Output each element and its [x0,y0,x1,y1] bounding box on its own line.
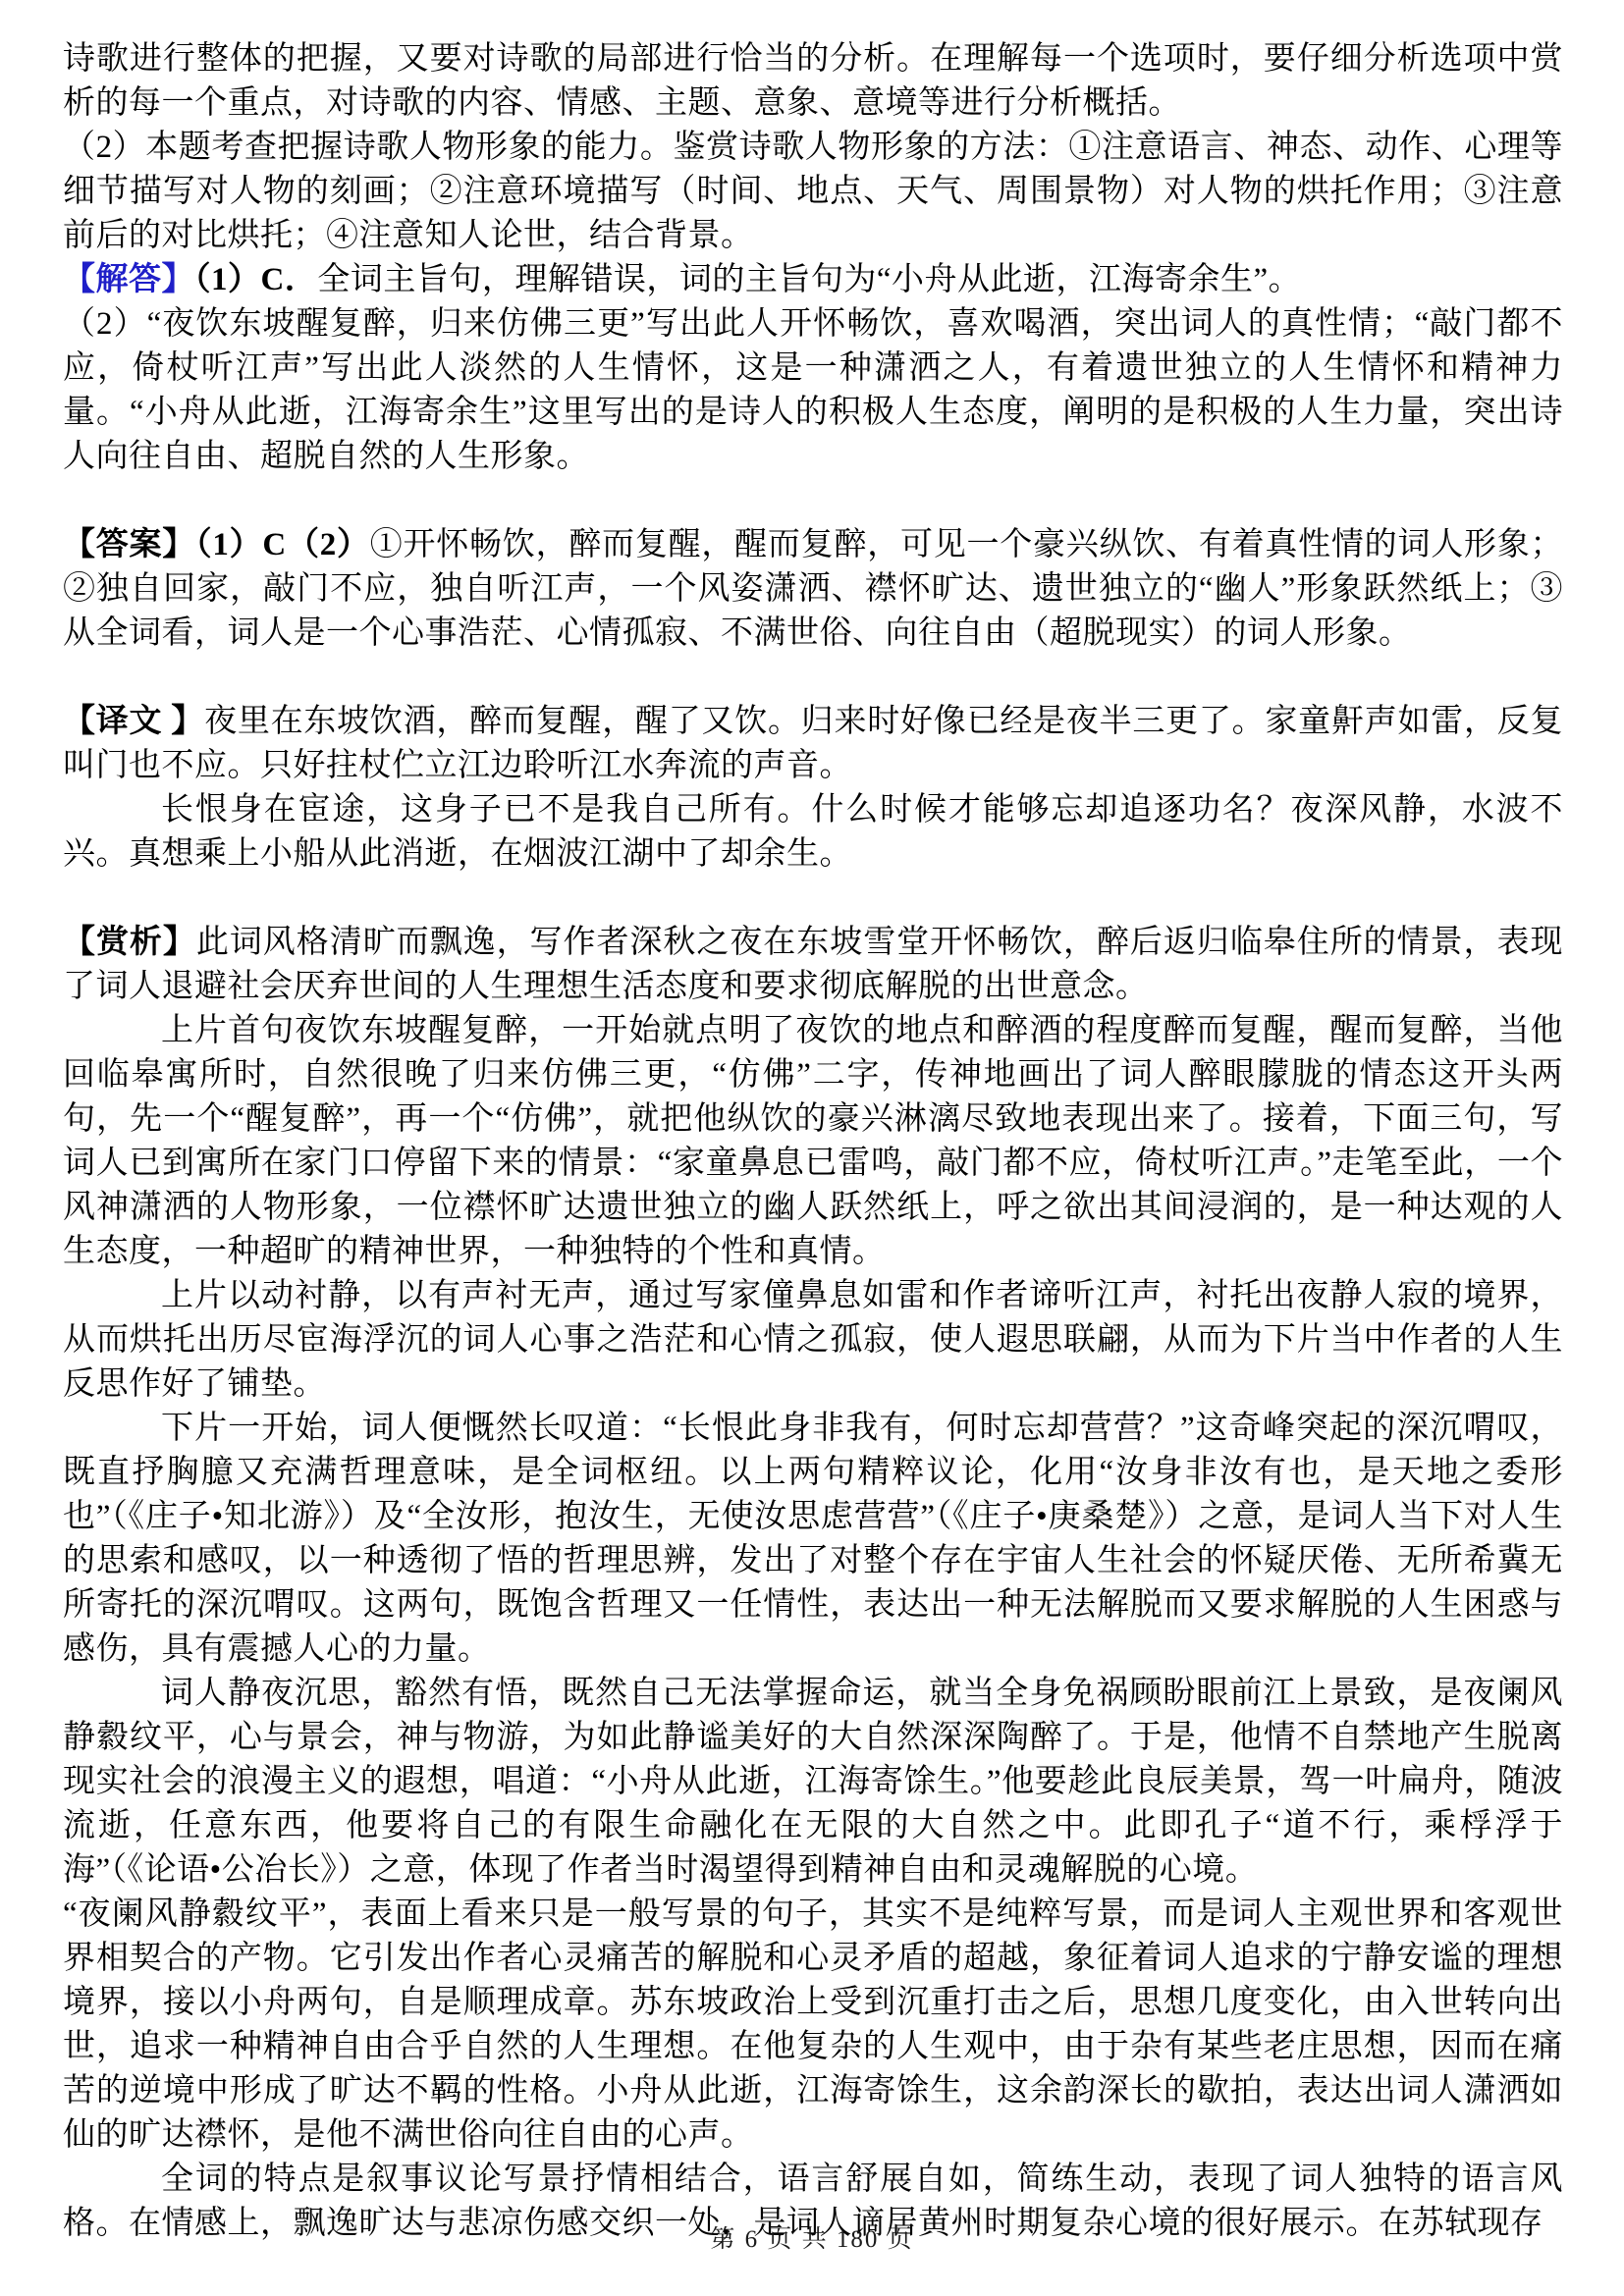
daan-answer-lead: （1）C（2） [195,527,370,562]
paragraph-method-2: （2）本题考查把握诗歌人物形象的能力。鉴赏诗歌人物形象的方法：①注意语言、神态、… [63,126,1563,258]
page-content: 诗歌进行整体的把握，又要对诗歌的局部进行恰当的分析。在理解每一个选项时，要仔细分… [63,37,1563,2246]
paragraph-shangxi-1: 【赏析】此词风格清旷而飘逸，写作者深秋之夜在东坡雪堂开怀畅饮，醉后返归临皋住所的… [63,921,1563,1009]
paragraph-text: 词人静夜沉思，豁然有悟，既然自己无法掌握命运，就当全身免祸顾盼眼前江上景致，是夜… [63,1676,1563,1888]
paragraph-text: 长恨身在宦途，这身子已不是我自己所有。什么时候才能够忘却追逐功名？夜深风静，水波… [63,792,1563,872]
paragraph-text: 下片一开始，词人便慨然长叹道：“长恨此身非我有，何时忘却营营？”这奇峰突起的深沉… [63,1411,1563,1667]
page-number: 第 6 页 共 180 页 [0,2219,1624,2255]
paragraph-shangxi-3: 上片以动衬静，以有声衬无声，通过写家僮鼻息如雷和作者谛听江声，衬托出夜静人寂的境… [63,1274,1563,1407]
paragraph-shangxi-6: “夜阑风静縠纹平”，表面上看来只是一般写景的句子，其实不是纯粹写景，而是词人主观… [63,1893,1563,2158]
paragraph-text: 夜里在东坡饮酒，醉而复醒，醒了又饮。归来时好像已经是夜半三更了。家童鼾声如雷，反… [63,704,1563,783]
jieda-section-label: 【解答】 [63,262,194,297]
yiwen-section-label: 【译文 】 [63,704,204,739]
paragraph-daan: 【答案】（1）C（2）①开怀畅饮，醉而复醒，醒而复醉，可见一个豪兴纵饮、有着真性… [63,523,1563,656]
daan-section-label: 【答案】 [63,527,195,562]
jieda-answer-lead: （1）C． [194,262,317,297]
paragraph-text: 上片首句夜饮东坡醒复醉，一开始就点明了夜饮的地点和醉酒的程度醉而复醒，醒而复醉，… [63,1013,1563,1269]
paragraph-shangxi-5: 词人静夜沉思，豁然有悟，既然自己无法掌握命运，就当全身免祸顾盼眼前江上景致，是夜… [63,1672,1563,1893]
paragraph-text: “夜阑风静縠纹平”，表面上看来只是一般写景的句子，其实不是纯粹写景，而是词人主观… [63,1896,1563,2153]
paragraph-shangxi-4: 下片一开始，词人便慨然长叹道：“长恨此身非我有，何时忘却营营？”这奇峰突起的深沉… [63,1407,1563,1672]
paragraph-text: （2）“夜饮东坡醒复醉，归来仿佛三更”写出此人开怀畅饮，喜欢喝酒，突出词人的真性… [63,306,1563,474]
paragraph-text: 上片以动衬静，以有声衬无声，通过写家僮鼻息如雷和作者谛听江声，衬托出夜静人寂的境… [63,1278,1563,1402]
paragraph-shangxi-2: 上片首句夜饮东坡醒复醉，一开始就点明了夜饮的地点和醉酒的程度醉而复醒，醒而复醉，… [63,1009,1563,1274]
blank-line [63,479,1563,523]
paragraph-text: 此词风格清旷而飘逸，写作者深秋之夜在东坡雪堂开怀畅饮，醉后返归临皋住所的情景，表… [63,925,1563,1004]
paragraph-text: （2）本题考查把握诗歌人物形象的能力。鉴赏诗歌人物形象的方法：①注意语言、神态、… [63,130,1563,253]
paragraph-jieda-1: 【解答】（1）C．全词主旨句，理解错误，词的主旨句为“小舟从此逝，江海寄余生”。 [63,258,1563,302]
paragraph-intro-continuation: 诗歌进行整体的把握，又要对诗歌的局部进行恰当的分析。在理解每一个选项时，要仔细分… [63,37,1563,126]
paragraph-yiwen-2: 长恨身在宦途，这身子已不是我自己所有。什么时候才能够忘却追逐功名？夜深风静，水波… [63,788,1563,877]
document-page: 诗歌进行整体的把握，又要对诗歌的局部进行恰当的分析。在理解每一个选项时，要仔细分… [0,0,1624,2296]
shangxi-section-label: 【赏析】 [63,925,196,960]
paragraph-yiwen-1: 【译文 】夜里在东坡饮酒，醉而复醒，醒了又饮。归来时好像已经是夜半三更了。家童鼾… [63,700,1563,788]
paragraph-text: 全词主旨句，理解错误，词的主旨句为“小舟从此逝，江海寄余生”。 [317,262,1301,297]
blank-line [63,877,1563,921]
paragraph-text: 诗歌进行整体的把握，又要对诗歌的局部进行恰当的分析。在理解每一个选项时，要仔细分… [63,41,1563,121]
paragraph-jieda-2: （2）“夜饮东坡醒复醉，归来仿佛三更”写出此人开怀畅饮，喜欢喝酒，突出词人的真性… [63,302,1563,479]
blank-line [63,656,1563,700]
